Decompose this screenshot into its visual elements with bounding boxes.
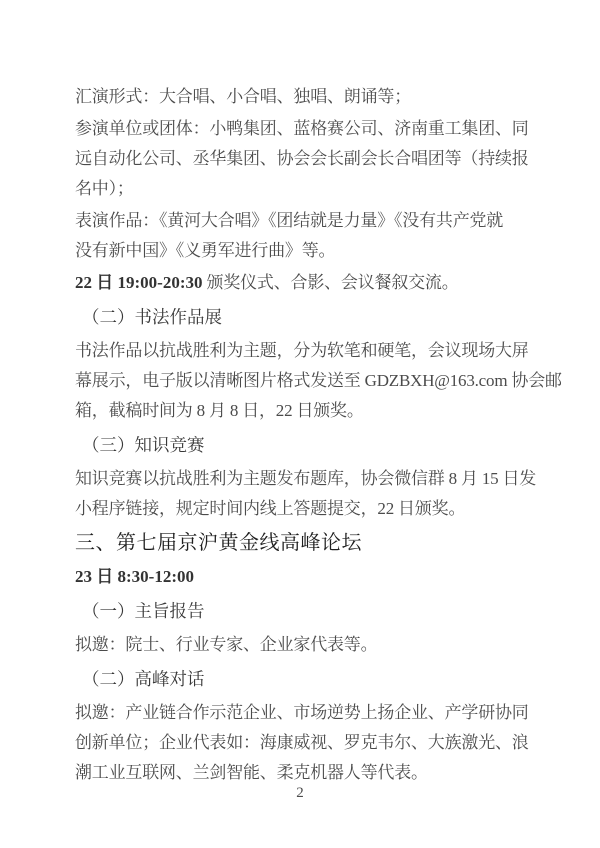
award-ceremony-time: 22 日 19:00-20:30 <box>75 273 202 292</box>
paragraph-keynote: 拟邀：院士、行业专家、企业家代表等。 <box>75 630 553 660</box>
paragraph-performance-format: 汇演形式：大合唱、小合唱、独唱、朗诵等； <box>75 82 553 112</box>
document-page: 汇演形式：大合唱、小合唱、独唱、朗诵等； 参演单位或团体：小鸭集团、蓝格赛公司、… <box>0 0 600 848</box>
forum-time: 23 日 8:30-12:00 <box>75 567 194 586</box>
paragraph-forum-time: 23 日 8:30-12:00 <box>75 562 553 592</box>
paragraph-quiz: 知识竞赛以抗战胜利为主题发布题库，协会微信群 8 月 15 日发 小程序链接，规… <box>75 464 553 524</box>
document-content: 汇演形式：大合唱、小合唱、独唱、朗诵等； 参演单位或团体：小鸭集团、蓝格赛公司、… <box>75 80 553 790</box>
heading-summit-forum: 三、第七届京沪黄金线高峰论坛 <box>75 527 553 559</box>
heading-knowledge-quiz: （三）知识竞赛 <box>75 430 553 460</box>
heading-keynote-report: （一）主旨报告 <box>75 596 553 626</box>
page-number: 2 <box>0 780 600 806</box>
paragraph-performance-works: 表演作品：《黄河大合唱》《团结就是力量》《没有共产党就 没有新中国》《义勇军进行… <box>75 206 553 266</box>
paragraph-participating-units: 参演单位或团体：小鸭集团、蓝格赛公司、济南重工集团、同 远自动化公司、丞华集团、… <box>75 114 553 204</box>
paragraph-calligraphy: 书法作品以抗战胜利为主题，分为软笔和硬笔，会议现场大屏 幕展示，电子版以清晰图片… <box>75 336 553 426</box>
heading-calligraphy-exhibition: （二）书法作品展 <box>75 302 553 332</box>
paragraph-dialogue: 拟邀：产业链合作示范企业、市场逆势上扬企业、产学研协同 创新单位；企业代表如：海… <box>75 698 553 788</box>
paragraph-award-ceremony: 22 日 19:00-20:30 颁奖仪式、合影、会议餐叙交流。 <box>75 268 553 298</box>
award-ceremony-text: 颁奖仪式、合影、会议餐叙交流。 <box>202 273 458 292</box>
heading-summit-dialogue: （二）高峰对话 <box>75 664 553 694</box>
